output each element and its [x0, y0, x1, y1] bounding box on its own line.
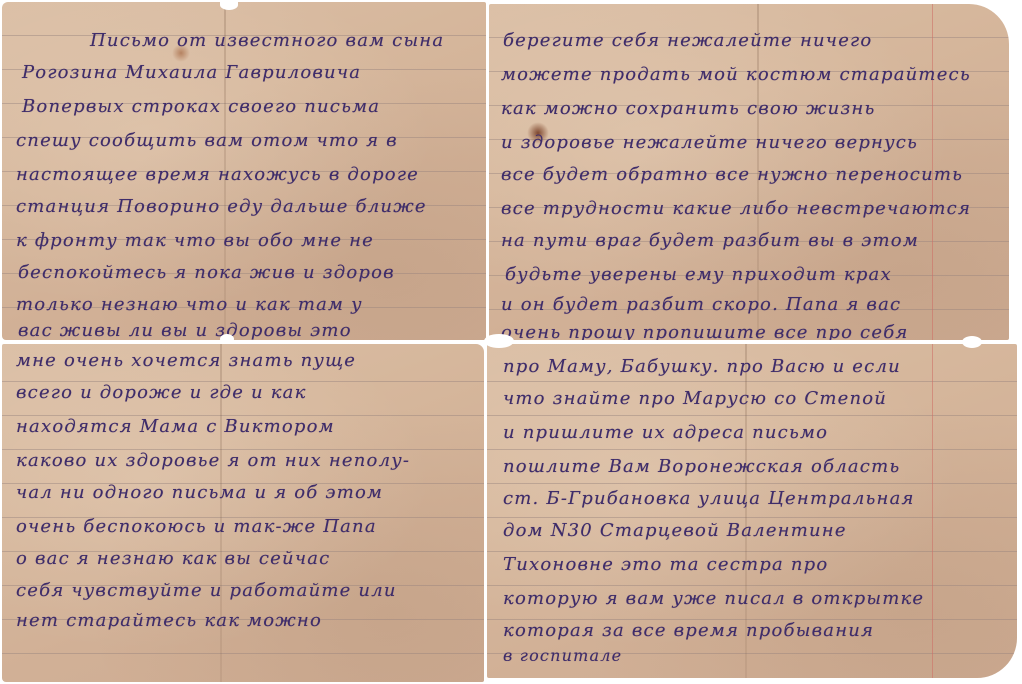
text-line: чал ни одного письма и я об этом — [16, 482, 383, 503]
text-line: очень прошу пропишите все про себя — [501, 322, 909, 340]
page-bottom-left: мне очень хочется знать пуще всего и дор… — [2, 344, 484, 682]
text-line: к фронту так что вы обо мне не — [16, 230, 374, 251]
text-line: Рогозина Михаила Гавриловича — [22, 62, 361, 83]
text-line: очень беспокоюсь и так-же Папа — [16, 516, 377, 537]
text-line: будьте уверены ему приходит крах — [505, 264, 892, 285]
text-line: в госпитале — [503, 646, 622, 665]
text-line: только незнаю что и как там у — [16, 294, 363, 315]
text-line: можете продать мой костюм старайтесь — [501, 64, 971, 85]
text-line: всего и дороже и где и как — [16, 382, 307, 403]
text-line: станция Поворино еду дальше ближе — [16, 196, 427, 217]
text-line: вас живы ли вы и здоровы это — [18, 320, 352, 340]
margin-line — [932, 344, 933, 678]
text-line: Письмо от известного вам сына — [90, 30, 444, 51]
text-line: Тихоновне это та сестра про — [503, 554, 828, 575]
text-line: о вас я незнаю как вы сейчас — [16, 548, 330, 569]
text-line: берегите себя нежалейте ничего — [503, 30, 872, 51]
page-top-left: Письмо от известного вам сына Рогозина М… — [2, 2, 486, 340]
text-line: на пути враг будет разбит вы в этом — [501, 230, 919, 251]
paper-tear — [220, 0, 238, 10]
paper-tear — [220, 334, 234, 344]
letter-scan: Письмо от известного вам сына Рогозина М… — [0, 0, 1022, 684]
text-line: спешу сообщить вам отом что я в — [16, 130, 398, 151]
paper-tear — [962, 336, 982, 348]
text-line: настоящее время нахожусь в дороге — [16, 164, 419, 185]
text-line: находятся Мама с Виктором — [16, 416, 335, 437]
text-line: все будет обратно все нужно переносить — [501, 164, 963, 185]
text-line: и он будет разбит скоро. Папа я вас — [501, 294, 901, 315]
text-line: как можно сохранить свою жизнь — [501, 98, 875, 119]
paper-tear — [484, 334, 514, 348]
text-line: каково их здоровье я от них неполу- — [16, 450, 410, 471]
text-line: про Маму, Бабушку. про Васю и если — [503, 356, 901, 377]
text-line: и здоровье нежалейте ничего вернусь — [501, 132, 918, 153]
text-line: нет старайтесь как можно — [16, 610, 322, 631]
page-bottom-right: про Маму, Бабушку. про Васю и если что з… — [487, 344, 1017, 678]
text-line: что знайте про Марусю со Степой — [503, 388, 887, 409]
text-line: ст. Б-Грибановка улица Центральная — [503, 488, 915, 509]
text-line: пошлите Вам Воронежская область — [503, 456, 900, 477]
text-line: беспокойтесь я пока жив и здоров — [18, 262, 395, 283]
text-line: все трудности какие либо невстречаются — [501, 198, 971, 219]
text-line: и пришлите их адреса письмо — [503, 422, 828, 443]
text-line: мне очень хочется знать пуще — [16, 350, 356, 371]
text-line: Вопервых строках своего письма — [22, 96, 380, 117]
text-line: дом N30 Старцевой Валентине — [503, 520, 847, 541]
text-line: себя чувствуйте и работайте или — [16, 580, 397, 601]
page-top-right: берегите себя нежалейте ничего можете пр… — [489, 4, 1009, 340]
text-line: которую я вам уже писал в открытке — [503, 588, 924, 609]
text-line: которая за все время пробывания — [503, 620, 874, 641]
